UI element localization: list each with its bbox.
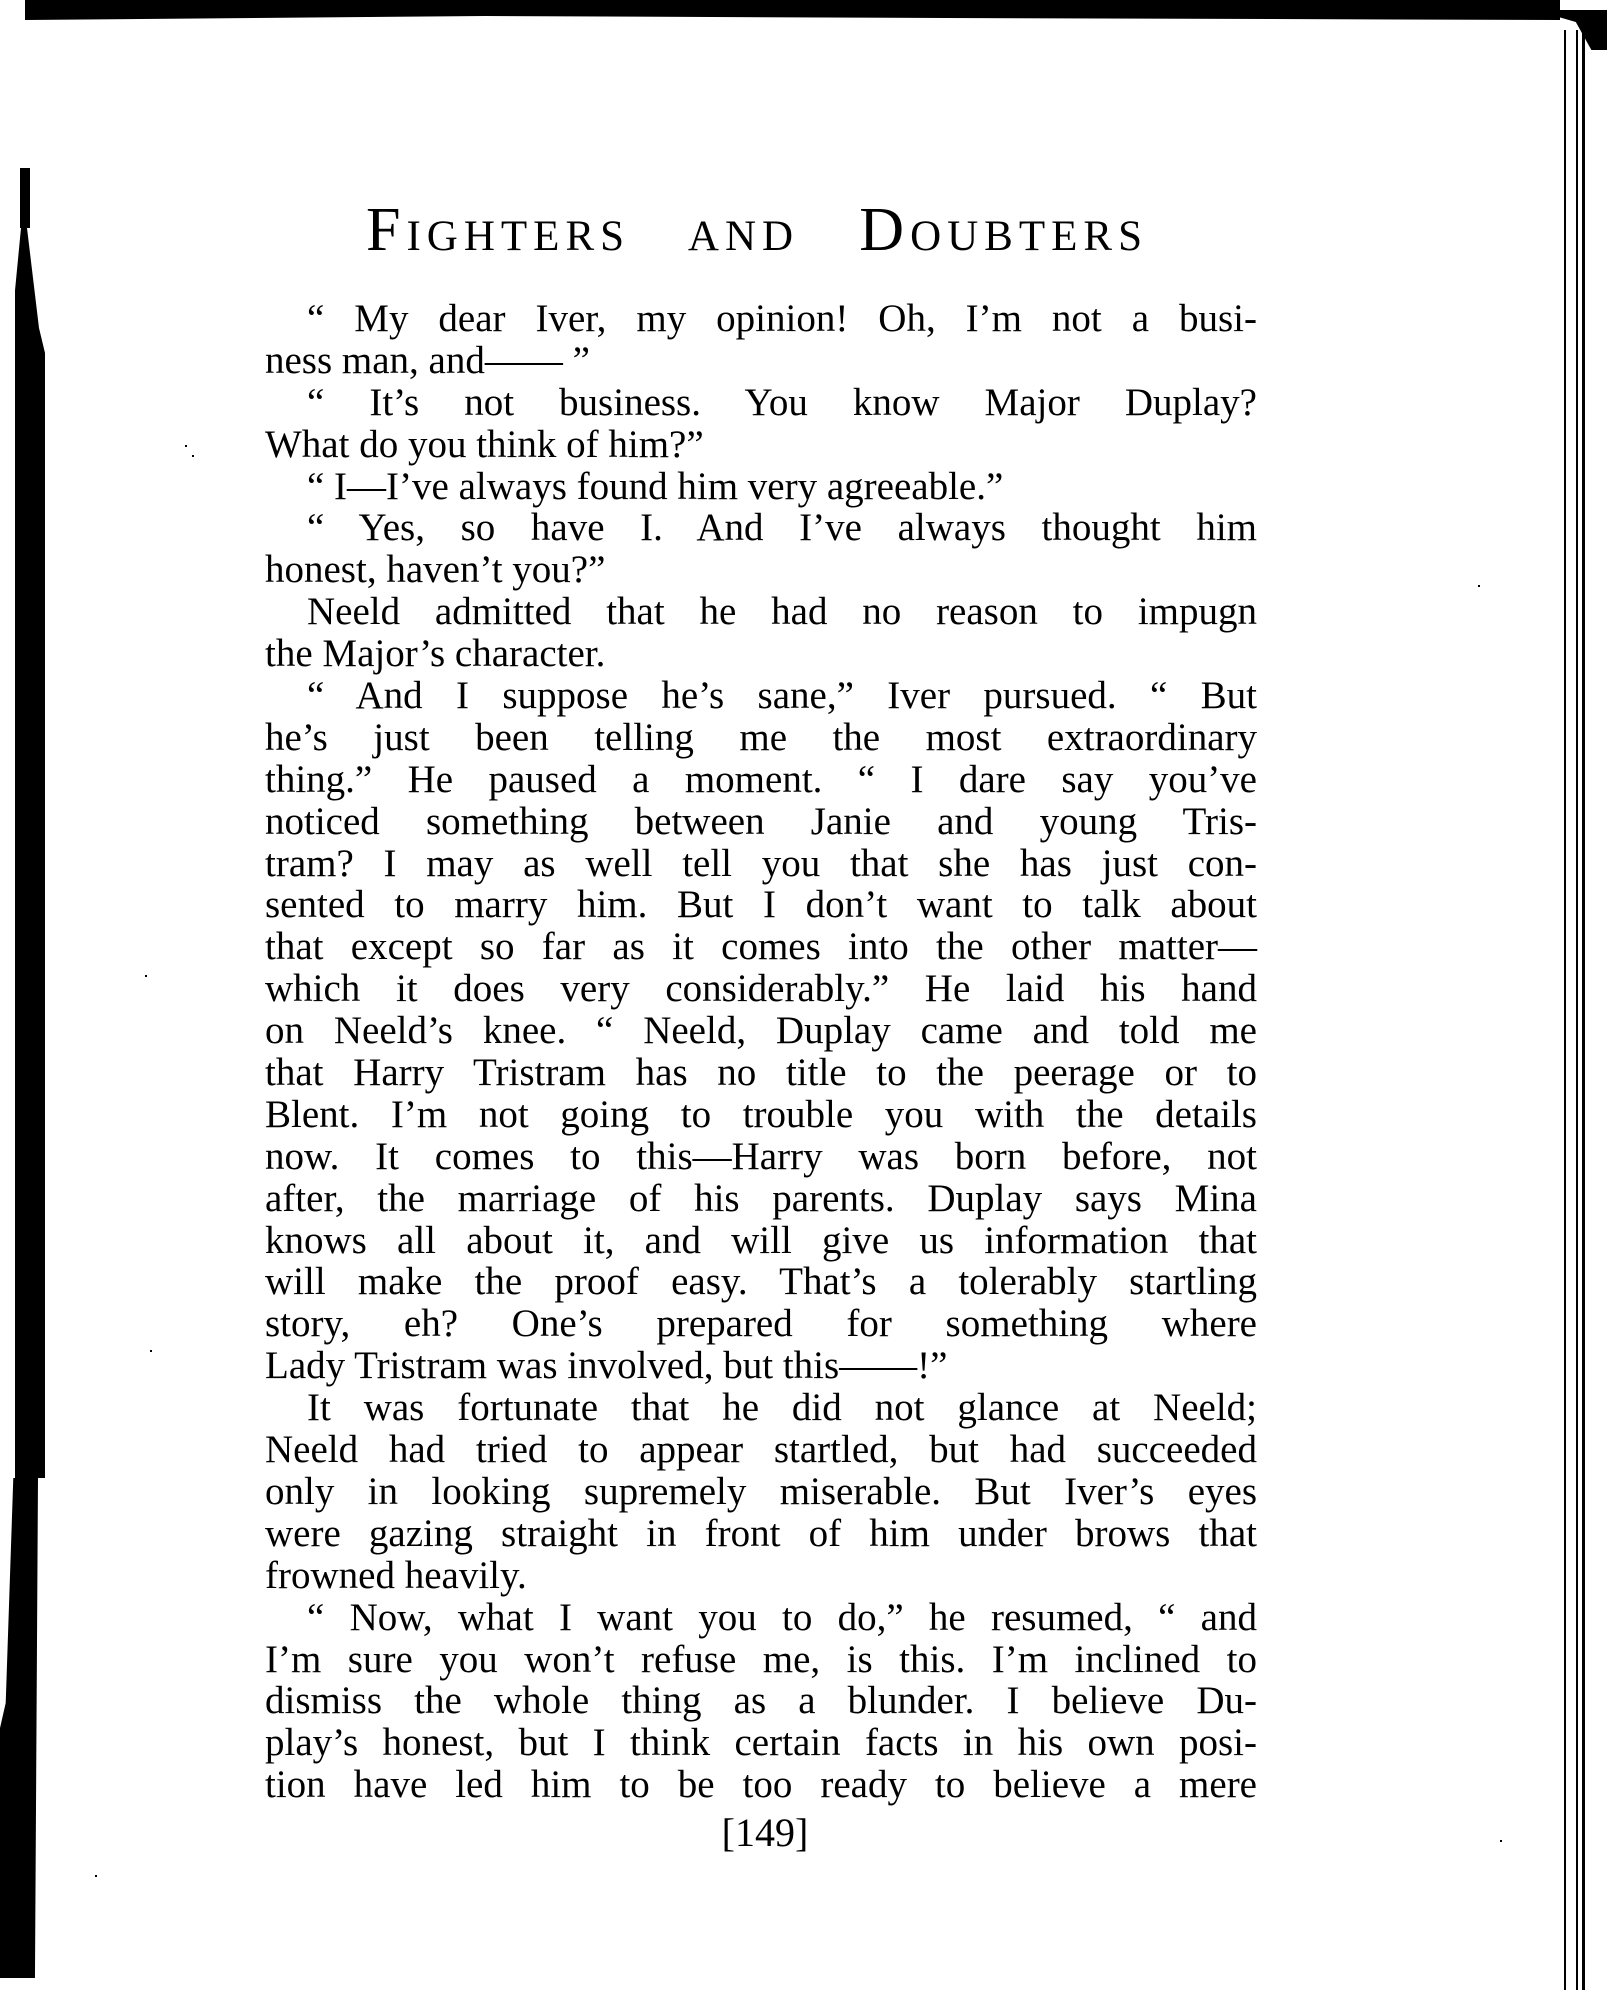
text-line: Neeld had tried to appear startled, but … [265, 1429, 1257, 1471]
text-line: thing.” He paused a moment. “ I dare say… [265, 759, 1257, 801]
scan-spine-shadow [20, 168, 30, 228]
running-head-initial: D [859, 196, 910, 264]
text-line: Lady Tristram was involved, but this——!” [265, 1345, 1257, 1387]
scan-speck [1500, 1840, 1502, 1842]
text-line: honest, haven’t you?” [265, 549, 1257, 591]
running-head: FIGHTERS AND DOUBTERS [366, 200, 1148, 260]
running-head-word: OUBTERS [910, 213, 1148, 260]
text-line: that except so far as it comes into the … [265, 926, 1257, 968]
text-line: “ Yes, so have I. And I’ve always though… [265, 507, 1257, 549]
text-line: the Major’s character. [265, 633, 1257, 675]
text-line: ness man, and—— ” [265, 340, 1257, 382]
scan-speck [150, 1350, 152, 1352]
text-line: story, eh? One’s prepared for something … [265, 1303, 1257, 1345]
text-line: “ My dear Iver, my opinion! Oh, I’m not … [265, 298, 1257, 340]
scan-shadow-top [25, 0, 1560, 20]
book-page: FIGHTERS AND DOUBTERS “ My dear Iver, my… [0, 0, 1607, 1998]
text-line: tram? I may as well tell you that she ha… [265, 843, 1257, 885]
scan-speck [192, 455, 194, 457]
text-line: “ It’s not business. You know Major Dupl… [265, 382, 1257, 424]
text-line: sented to marry him. But I don’t want to… [265, 884, 1257, 926]
running-head-initial: F [366, 196, 406, 264]
text-line: which it does very considerably.” He lai… [265, 968, 1257, 1010]
page-fore-edge [1556, 30, 1592, 1990]
scan-speck [95, 1875, 97, 1877]
scan-speck [1478, 585, 1480, 587]
text-line: on Neeld’s knee. “ Neeld, Duplay came an… [265, 1010, 1257, 1052]
text-line: play’s honest, but I think certain facts… [265, 1722, 1257, 1764]
text-line: tion have led him to be too ready to bel… [265, 1764, 1257, 1806]
scan-speck [145, 975, 147, 977]
text-line: It was fortunate that he did not glance … [265, 1387, 1257, 1429]
scan-spine-shadow [0, 1478, 38, 1978]
text-line: knows all about it, and will give us inf… [265, 1220, 1257, 1262]
scan-spine-shadow [15, 228, 45, 1478]
scan-speck [185, 445, 187, 447]
page-number: [149] [700, 1808, 830, 1858]
text-line: now. It comes to this—Harry was born bef… [265, 1136, 1257, 1178]
body-text: “ My dear Iver, my opinion! Oh, I’m not … [265, 298, 1257, 1806]
text-line: that Harry Tristram has no title to the … [265, 1052, 1257, 1094]
text-line: Blent. I’m not going to trouble you with… [265, 1094, 1257, 1136]
text-line: noticed something between Janie and youn… [265, 801, 1257, 843]
text-line: he’s just been telling me the most extra… [265, 717, 1257, 759]
text-line: “ And I suppose he’s sane,” Iver pursued… [265, 675, 1257, 717]
text-line: I’m sure you won’t refuse me, is this. I… [265, 1639, 1257, 1681]
text-line: dismiss the whole thing as a blunder. I … [265, 1680, 1257, 1722]
text-line: What do you think of him?” [265, 424, 1257, 466]
text-line: Neeld admitted that he had no reason to … [265, 591, 1257, 633]
text-line: “ Now, what I want you to do,” he resume… [265, 1597, 1257, 1639]
text-line: only in looking supremely miserable. But… [265, 1471, 1257, 1513]
text-line: “ I—I’ve always found him very agreeable… [265, 466, 1257, 508]
running-head-word: IGHTERS [406, 213, 630, 260]
running-head-word: AND [688, 213, 799, 260]
text-line: after, the marriage of his parents. Dupl… [265, 1178, 1257, 1220]
text-line: were gazing straight in front of him und… [265, 1513, 1257, 1555]
text-line: will make the proof easy. That’s a toler… [265, 1261, 1257, 1303]
text-line: frowned heavily. [265, 1555, 1257, 1597]
